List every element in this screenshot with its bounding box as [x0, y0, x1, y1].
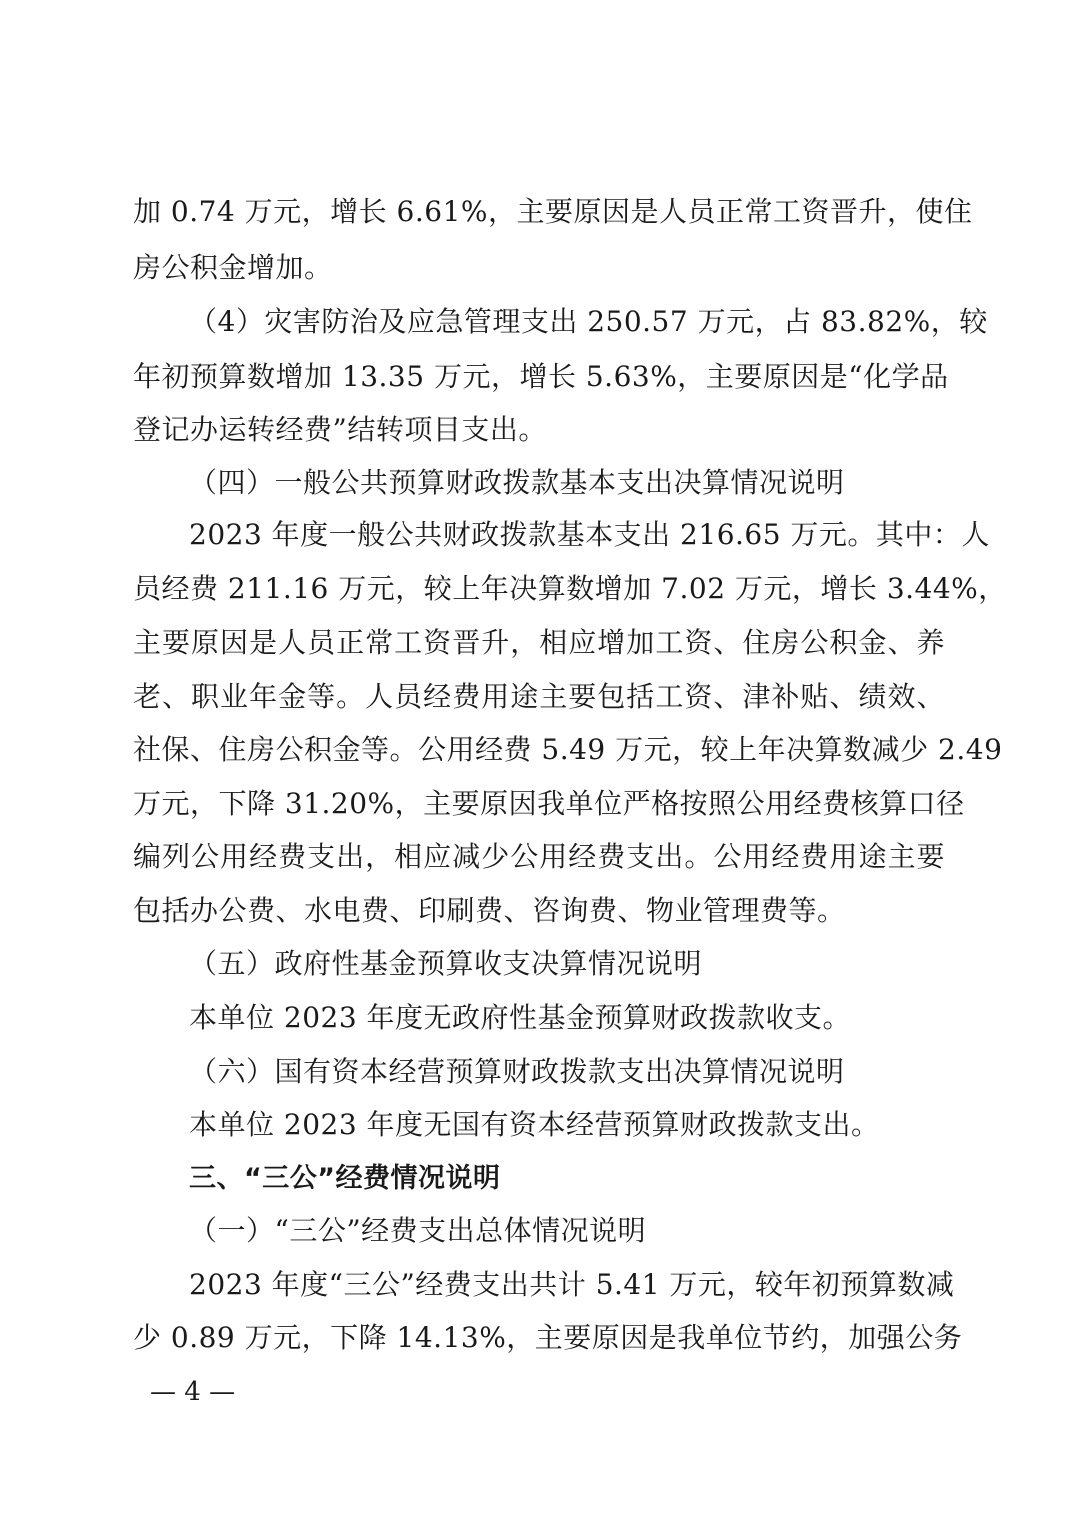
- paragraph-line: 本单位 2023 年度无政府性基金预算财政拨款收支。: [189, 1000, 1001, 1036]
- section-subheading-6: （六）国有资本经营预算财政拨款支出决算情况说明: [189, 1054, 1001, 1090]
- paragraph-line: 本单位 2023 年度无国有资本经营预算财政拨款支出。: [189, 1107, 1001, 1143]
- section-heading-3: 三、“三公”经费情况说明: [189, 1161, 1001, 1197]
- paragraph-line: 万元，下降 31.20%，主要原因我单位严格按照公用经费核算口径: [133, 786, 945, 822]
- paragraph-line: 房公积金增加。: [133, 250, 945, 286]
- paragraph-line: 登记办运转经费”结转项目支出。: [133, 412, 945, 448]
- section-subheading-5: （五）政府性基金预算收支决算情况说明: [189, 946, 1001, 982]
- paragraph-line: 老、职业年金等。人员经费用途主要包括工资、津补贴、绩效、: [133, 679, 945, 715]
- paragraph-line: （4）灾害防治及应急管理支出 250.57 万元，占 83.82%，较: [189, 304, 945, 340]
- paragraph-line: 2023 年度“三公”经费支出共计 5.41 万元，较年初预算数减: [189, 1267, 945, 1303]
- section-subheading-4: （四）一般公共预算财政拨款基本支出决算情况说明: [189, 465, 1001, 501]
- paragraph-line: 包括办公费、水电费、印刷费、咨询费、物业管理费等。: [133, 893, 945, 929]
- paragraph-line: 主要原因是人员正常工资晋升，相应增加工资、住房公积金、养: [133, 625, 945, 661]
- paragraph-line: 少 0.89 万元，下降 14.13%，主要原因是我单位节约，加强公务: [133, 1320, 945, 1356]
- page-number: — 4 —: [150, 1375, 235, 1409]
- paragraph-line: 加 0.74 万元，增长 6.61%，主要原因是人员正常工资晋升，使住: [133, 194, 945, 230]
- paragraph-line: 2023 年度一般公共财政拨款基本支出 216.65 万元。其中：人: [189, 517, 945, 553]
- paragraph-line: 编列公用经费支出，相应减少公用经费支出。公用经费用途主要: [133, 839, 945, 875]
- paragraph-line: 员经费 211.16 万元，较上年决算数增加 7.02 万元，增长 3.44%，: [133, 571, 945, 607]
- paragraph-line: 年初预算数增加 13.35 万元，增长 5.63%，主要原因是“化学品: [133, 359, 945, 395]
- document-page: 加 0.74 万元，增长 6.61%，主要原因是人员正常工资晋升，使住 房公积金…: [0, 0, 1075, 1520]
- paragraph-line: 社保、住房公积金等。公用经费 5.49 万元，较上年决算数减少 2.49: [133, 732, 945, 768]
- section-subheading-3-1: （一）“三公”经费支出总体情况说明: [189, 1213, 1001, 1249]
